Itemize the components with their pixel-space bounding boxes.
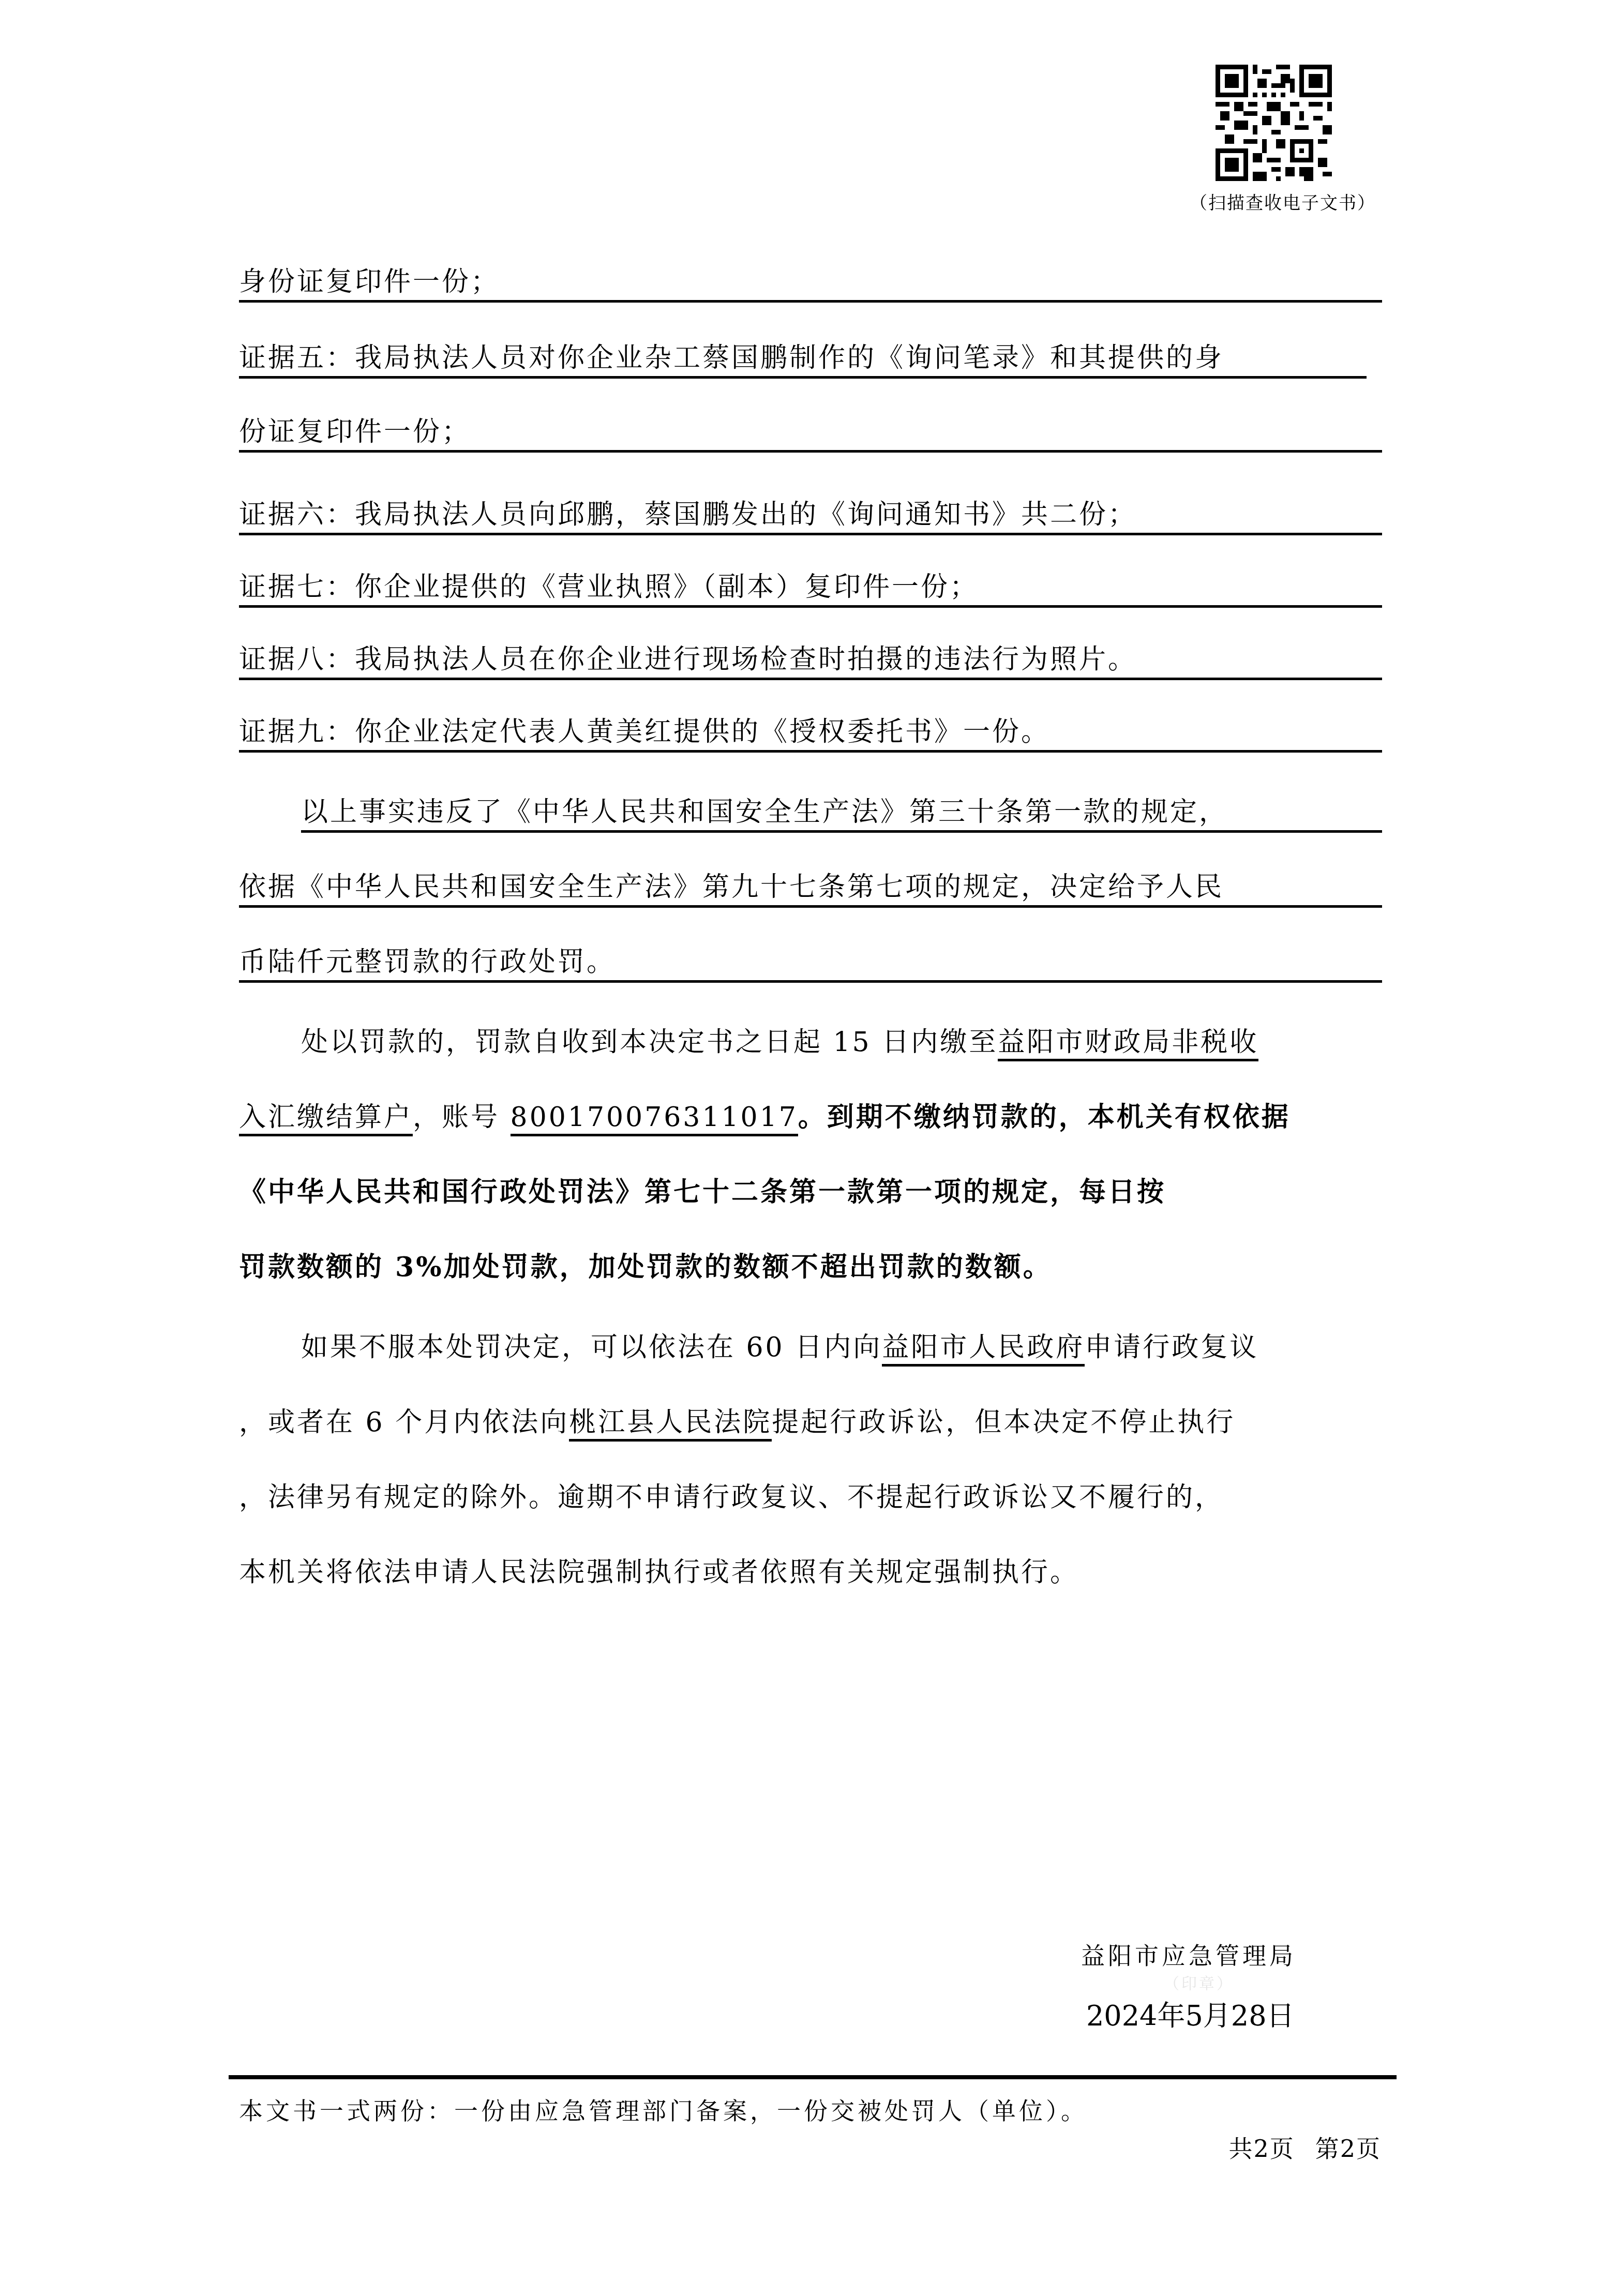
total-pages: 共2页 [1228,2135,1294,2163]
appeal-text: 如果不服本处罚决定，可以依法在 60 日内向 [301,1332,882,1363]
page-number: 共2页第2页 [1228,2130,1381,2164]
payment-text: 加处罚款，加处罚款的数额不超出罚款的数额。 [444,1251,1052,1283]
current-page: 第2页 [1315,2135,1381,2163]
evidence-line: 证据五：我局执法人员对你企业杂工蔡国鹏制作的《询问笔录》和其提供的身 [239,340,1367,379]
qr-caption: （扫描查收电子文书） [1190,189,1360,214]
appeal-text: ，或者在 6 个月内依法向 [239,1407,569,1438]
appeal-line-4: 本机关将依法申请人民法院强制执行或者依照有关规定强制执行。 [239,1554,1382,1590]
payment-text: 。到期不缴纳罚款的，本机关有权依据 [798,1101,1291,1133]
payment-line-4: 罚款数额的 3%加处罚款，加处罚款的数额不超出罚款的数额。 [239,1249,1382,1285]
appeal-text: 提起行政诉讼，但本决定不停止执行 [772,1407,1235,1438]
decision-line: 以上事实违反了《中华人民共和国安全生产法》第三十条第一款的规定， [301,794,1382,833]
appeal-text: 申请行政复议 [1085,1332,1258,1363]
evidence-line: 份证复印件一份； [239,414,1382,453]
late-fee-rate: 3% [395,1251,444,1283]
decision-line: 依据《中华人民共和国安全生产法》第九十七条第七项的规定，决定给予人民 [239,869,1382,908]
evidence-line: 证据六：我局执法人员向邱鹏，蔡国鹏发出的《询问通知书》共二份； [239,497,1382,535]
seal-placeholder: （印章） [1164,1971,1234,1993]
evidence-line: 证据九：你企业法定代表人黄美红提供的《授权委托书》一份。 [239,714,1382,753]
appeal-line-3: ，法律另有规定的除外。逾期不申请行政复议、不提起行政诉讼又不履行的， [239,1479,1382,1515]
footer-note: 本文书一式两份：一份由应急管理部门备案，一份交被处罚人（单位）。 [239,2092,1088,2126]
issue-date: 2024年5月28日 [1086,1994,1295,2034]
payment-line-3: 《中华人民共和国行政处罚法》第七十二条第一款第一项的规定，每日按 [239,1174,1382,1210]
decision-line: 币陆仟元整罚款的行政处罚。 [239,944,1382,983]
appeal-line-1: 如果不服本处罚决定，可以依法在 60 日内向益阳市人民政府申请行政复议 [239,1329,1382,1365]
qr-code-icon [1213,65,1334,181]
account-label: ，账号 [413,1102,511,1133]
appeal-line-2: ，或者在 6 个月内依法向桃江县人民法院提起行政诉讼，但本决定不停止执行 [239,1404,1382,1440]
payment-text: 处以罚款的，罚款自收到本决定书之日起 15 日内缴至 [301,1027,998,1058]
evidence-line: 证据七：你企业提供的《营业执照》（副本）复印件一份； [239,569,1382,608]
payment-line-1: 处以罚款的，罚款自收到本决定书之日起 15 日内缴至益阳市财政局非税收 [239,1024,1382,1060]
review-authority: 益阳市人民政府 [882,1332,1085,1367]
payee-account-name-cont: 入汇缴结算户 [239,1102,413,1136]
court-name: 桃江县人民法院 [569,1407,772,1442]
issuing-organization: 益阳市应急管理局 [1081,1937,1296,1971]
payee-account-name: 益阳市财政局非税收 [998,1027,1258,1061]
payment-line-2: 入汇缴结算户，账号 800170076311017。到期不缴纳罚款的，本机关有权… [239,1099,1382,1135]
payment-text: 罚款数额的 [239,1251,395,1283]
evidence-line: 身份证复印件一份； [239,264,1382,303]
footer-divider [229,2075,1397,2079]
account-number: 800170076311017 [511,1102,798,1136]
evidence-line: 证据八：我局执法人员在你企业进行现场检查时拍摄的违法行为照片。 [239,641,1382,680]
